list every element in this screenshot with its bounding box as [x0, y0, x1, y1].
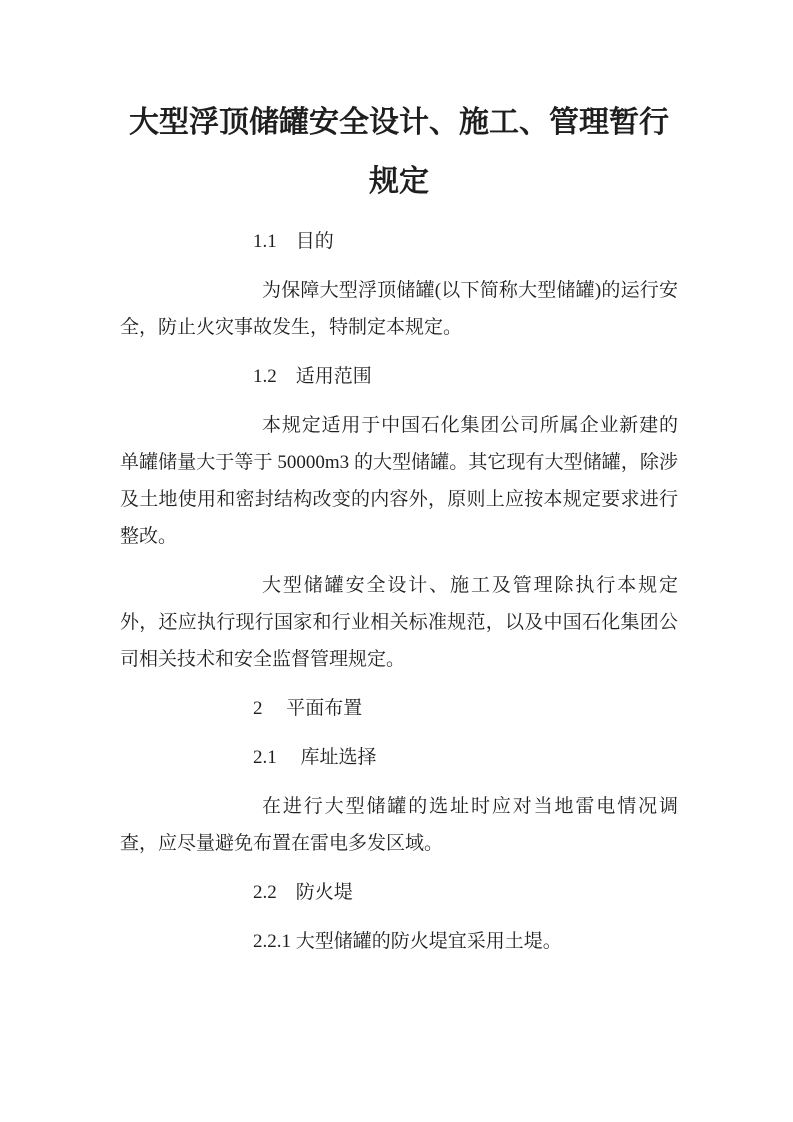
body-paragraph: 本规定适用于中国石化集团公司所属企业新建的单罐储量大于等于 50000m3 的大…	[120, 407, 678, 555]
section-heading: 2.2 防火堤	[120, 874, 678, 911]
section-heading: 1.1 目的	[120, 223, 678, 260]
document-body: 1.1 目的为保障大型浮顶储罐(以下简称大型储罐)的运行安全，防止火灾事故发生，…	[120, 223, 678, 960]
body-paragraph: 为保障大型浮顶储罐(以下简称大型储罐)的运行安全，防止火灾事故发生，特制定本规定…	[120, 272, 678, 346]
document-title-line1: 大型浮顶储罐安全设计、施工、管理暂行	[120, 93, 678, 152]
section-heading: 1.2 适用范围	[120, 358, 678, 395]
document-title-line2: 规定	[120, 152, 678, 211]
section-heading: 2 平面布置	[120, 690, 678, 727]
section-heading: 2.1 库址选择	[120, 739, 678, 776]
document-title: 大型浮顶储罐安全设计、施工、管理暂行 规定	[120, 93, 678, 211]
document-page: 大型浮顶储罐安全设计、施工、管理暂行 规定 1.1 目的为保障大型浮顶储罐(以下…	[0, 0, 793, 1122]
body-paragraph: 在进行大型储罐的选址时应对当地雷电情况调查，应尽量避免布置在雷电多发区域。	[120, 788, 678, 862]
clause-line: 2.2.1 大型储罐的防火堤宜采用土堤。	[120, 923, 678, 960]
body-paragraph: 大型储罐安全设计、施工及管理除执行本规定外，还应执行现行国家和行业相关标准规范，…	[120, 567, 678, 678]
